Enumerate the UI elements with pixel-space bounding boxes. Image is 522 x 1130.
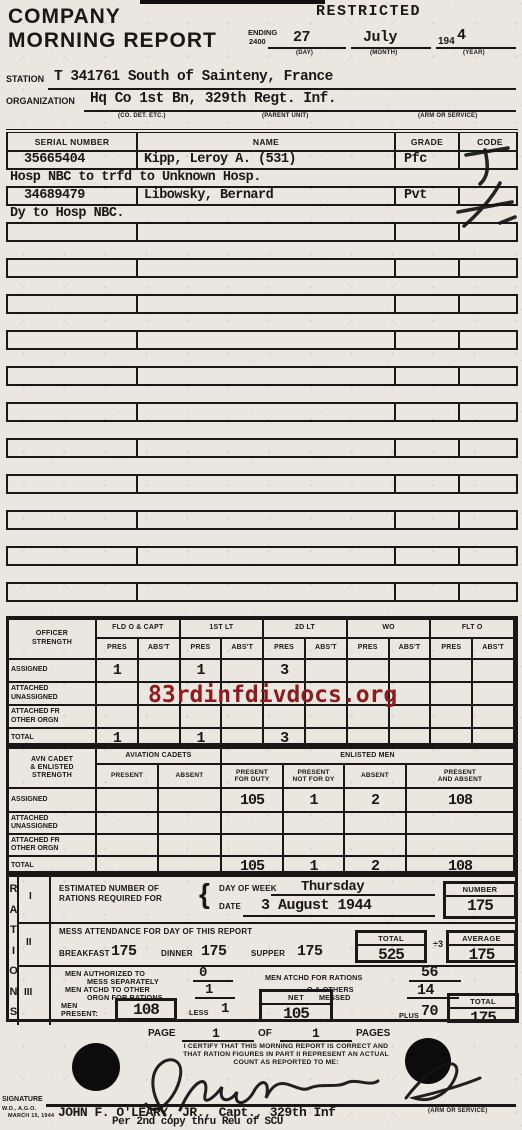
cell-code — [460, 296, 520, 312]
officer-subheader: PRES — [431, 639, 473, 660]
officer-value-cell — [431, 683, 473, 706]
officer-subheader: ABS'T — [222, 639, 264, 660]
officer-value-cell — [97, 706, 139, 729]
org-sublabel-1: (CO. DET. ETC.) — [118, 113, 166, 119]
rations-vertical-label: RATIONS — [9, 879, 18, 1023]
roster-table: SERIAL NUMBER NAME GRADE CODE 35665404Ki… — [6, 129, 518, 620]
cell-serial: 34689479 — [8, 188, 138, 204]
officer-value-cell — [139, 706, 181, 729]
station-underline — [48, 88, 516, 90]
cell-name — [138, 260, 396, 276]
officer-value-cell — [390, 706, 432, 729]
roster-remark-row — [6, 386, 518, 404]
enlisted-value-cell — [97, 789, 159, 813]
aviation-cadets-header: AVIATION CADETS — [97, 749, 222, 765]
rations-total-box: TOTAL 175 — [447, 993, 519, 1023]
cell-serial — [8, 332, 138, 348]
roster-remark-row — [6, 242, 518, 260]
enlisted-value-cell — [97, 813, 159, 835]
officer-group-header: FLD O & CAPT — [97, 619, 181, 639]
officer-subheader: PRES — [348, 639, 390, 660]
code-mark-T-stem — [480, 150, 487, 184]
cell-code — [460, 260, 520, 276]
cell-code — [460, 512, 520, 528]
officer-row-label: ATTACHED FR OTHER ORGN — [9, 706, 97, 729]
cell-name — [138, 476, 396, 492]
roster-entry-row — [6, 296, 518, 314]
cell-grade — [396, 440, 460, 456]
rations-letter: R — [9, 879, 18, 900]
enlisted-value-cell — [345, 813, 407, 835]
enlisted-row-label: ATTACHED FR OTHER ORGN — [9, 835, 97, 857]
atchd-other-value: 1 — [205, 982, 213, 998]
rations-numeral-divider — [49, 877, 51, 1025]
pages-number: 1 — [312, 1026, 319, 1041]
atchd-rations-value: 56 — [421, 964, 438, 981]
cell-grade — [396, 224, 460, 240]
roster-remark-row: Hosp NBC to trfd to Unknown Hosp. — [6, 170, 518, 188]
cell-grade — [396, 584, 460, 600]
cell-name — [138, 584, 396, 600]
page-label: PAGE — [148, 1028, 176, 1039]
cell-grade: Pvt — [396, 188, 460, 204]
roster-entry-row — [6, 512, 518, 530]
enlisted-subheader: PRESENT AND ABSENT — [407, 765, 515, 789]
rations-letter: A — [9, 900, 18, 921]
officer-value-cell: 1 — [97, 660, 139, 683]
report-year-digit: 4 — [457, 27, 466, 44]
atchd-other-underline — [195, 997, 235, 999]
breakfast-value: 175 — [111, 943, 137, 960]
average-label: AVERAGE — [449, 933, 514, 946]
cell-code — [460, 440, 520, 456]
cell-code — [460, 332, 520, 348]
cell-name — [138, 548, 396, 564]
rations-numeral-3: III — [24, 987, 32, 998]
officer-value-cell: 3 — [264, 660, 306, 683]
cell-grade — [396, 512, 460, 528]
cell-name — [138, 404, 396, 420]
rations-letter: N — [9, 982, 18, 1003]
rations-letter: I — [9, 941, 18, 962]
roster-remark-row — [6, 458, 518, 476]
cell-grade — [396, 368, 460, 384]
men-present-box: 108 — [115, 998, 177, 1021]
roster-remark-row — [6, 350, 518, 368]
day-of-week-label: DAY OF WEEK — [219, 884, 277, 893]
form-title-line1: COMPANY — [8, 5, 121, 29]
rations-section: RATIONS I II III ESTIMATED NUMBER OF RAT… — [6, 874, 518, 1022]
rations-letter: S — [9, 1002, 18, 1023]
dinner-value: 175 — [201, 943, 227, 960]
ending-label-line1: ENDING — [248, 28, 277, 37]
of-label: OF — [258, 1028, 272, 1039]
enlisted-value-cell: 108 — [407, 789, 515, 813]
enlisted-men-header: ENLISTED MEN — [222, 749, 515, 765]
form-id-line-2: MARCH 15, 1944 — [8, 1113, 54, 1119]
officer-value-cell: 1 — [181, 660, 223, 683]
page-number: 1 — [212, 1026, 219, 1041]
cell-name — [138, 440, 396, 456]
officer-value-cell — [306, 706, 348, 729]
average-value: 175 — [449, 946, 514, 964]
officer-value-cell — [222, 660, 264, 683]
form-title-line2: MORNING REPORT — [8, 29, 217, 53]
classification-stamp: RESTRICTED — [316, 3, 421, 20]
day-sublabel: (DAY) — [296, 50, 313, 56]
cell-serial — [8, 440, 138, 456]
present-label: PRESENT: — [61, 1009, 98, 1018]
roster-entry-row — [6, 368, 518, 386]
roster-entry-row — [6, 440, 518, 458]
net-box: NET 105 — [259, 989, 333, 1022]
enlisted-subheader: ABSENT — [345, 765, 407, 789]
cell-code — [460, 368, 520, 384]
cell-name: Kipp, Leroy A. (531) — [138, 152, 396, 168]
enlisted-row-label: ASSIGNED — [9, 789, 97, 813]
org-sublabel-3: (ARM OR SERVICE) — [418, 113, 477, 119]
officer-row-label: ASSIGNED — [9, 660, 97, 683]
cell-grade — [396, 548, 460, 564]
signature-label: SIGNATURE — [2, 1096, 43, 1103]
plus-label: PLUS — [399, 1011, 419, 1020]
rations-total-label: TOTAL — [450, 996, 516, 1009]
enlisted-value-cell — [97, 835, 159, 857]
rations-row-divider-1 — [17, 922, 515, 924]
roster-body: 35665404Kipp, Leroy A. (531)PfcHosp NBC … — [6, 152, 518, 620]
roster-header-serial: SERIAL NUMBER — [8, 133, 138, 150]
cell-serial — [8, 368, 138, 384]
officer-subheader: ABS'T — [473, 639, 515, 660]
officer-subheader: PRES — [97, 639, 139, 660]
roster-remark-row — [6, 422, 518, 440]
enlisted-value-cell — [284, 813, 345, 835]
officer-subheader: ABS'T — [390, 639, 432, 660]
mess-total-box: TOTAL 525 — [355, 930, 427, 963]
cell-code — [460, 548, 520, 564]
cell-serial — [8, 260, 138, 276]
arm-service-sublabel: (ARM OR SERVICE) — [428, 1108, 487, 1114]
pages-label: PAGES — [356, 1028, 390, 1039]
officer-value-cell — [222, 706, 264, 729]
number-box-label: NUMBER — [446, 884, 514, 897]
cell-code — [460, 584, 520, 600]
rations-letter: T — [9, 920, 18, 941]
cell-serial — [8, 224, 138, 240]
dinner-label: DINNER — [161, 949, 193, 958]
cell-name — [138, 332, 396, 348]
roster-entry-row — [6, 548, 518, 566]
mess-total-label: TOTAL — [358, 933, 424, 946]
officer-value-cell — [139, 660, 181, 683]
officer-group-header: WO — [348, 619, 432, 639]
rations-letter: O — [9, 961, 18, 982]
form-id-line-1: W.D., A.G.O. — [2, 1106, 36, 1112]
officer-group-header: FLT O — [431, 619, 515, 639]
scan-edge-artifact — [140, 0, 325, 4]
routing-note: Per 2nd copy thru Reu of SCU — [112, 1116, 283, 1128]
enlisted-strength-title: AVN CADET & ENLISTED STRENGTH — [9, 749, 97, 789]
station-value: T 341761 South of Sainteny, France — [54, 69, 333, 85]
roster-remark-row — [6, 278, 518, 296]
rations-numeral-1: I — [29, 891, 32, 902]
cell-name — [138, 224, 396, 240]
year-prefix: 194 — [438, 36, 455, 47]
number-box-value: 175 — [446, 897, 514, 915]
cell-serial — [8, 296, 138, 312]
officer-subheader: ABS'T — [306, 639, 348, 660]
divide-by-three-note: ÷3 — [433, 939, 443, 949]
cell-serial — [8, 404, 138, 420]
cell-grade: Pfc — [396, 152, 460, 168]
roster-entry-row — [6, 224, 518, 242]
handwritten-code-marks — [452, 143, 522, 238]
roster-header-grade: GRADE — [396, 133, 460, 150]
year-sublabel: (YEAR) — [463, 50, 485, 56]
roster-entry-row — [6, 584, 518, 602]
station-label: STATION — [6, 74, 44, 84]
enlisted-value-cell: 1 — [284, 789, 345, 813]
enlisted-subheader: PRESENT — [97, 765, 159, 789]
enlisted-value-cell — [222, 835, 284, 857]
supper-label: SUPPER — [251, 949, 285, 958]
roster-entry-row — [6, 476, 518, 494]
cell-serial: 35665404 — [8, 152, 138, 168]
officer-value-cell — [264, 706, 306, 729]
officer-value-cell — [97, 683, 139, 706]
month-sublabel: (MONTH) — [370, 50, 397, 56]
officer-value-cell — [473, 706, 515, 729]
officer-value-cell — [473, 660, 515, 683]
officer-value-cell — [431, 706, 473, 729]
officer-value-cell — [390, 660, 432, 683]
date-label: DATE — [219, 902, 241, 911]
rations-req-label-2: RATIONS REQUIRED FOR — [59, 894, 162, 903]
mess-total-value: 525 — [358, 946, 424, 964]
brace-glyph: { — [199, 878, 210, 910]
org-sublabel-2: (PARENT UNIT) — [262, 113, 308, 119]
roster-entry-row: 34689479Libowsky, BernardPvt — [6, 188, 518, 206]
enlisted-subheader: PRESENT NOT FOR DY — [284, 765, 345, 789]
morning-report-page: RESTRICTED COMPANY MORNING REPORT ENDING… — [0, 0, 522, 1130]
breakfast-label: BREAKFAST — [59, 949, 110, 958]
cell-code — [460, 404, 520, 420]
enlisted-value-cell — [407, 835, 515, 857]
officer-subheader: ABS'T — [139, 639, 181, 660]
officer-value-cell — [348, 660, 390, 683]
ending-label-line2: 2400 — [249, 37, 266, 46]
organization-value: Hq Co 1st Bn, 329th Regt. Inf. — [90, 91, 336, 107]
roster-remark-row: Dy to Hosp NBC. — [6, 206, 518, 224]
enlisted-value-cell — [345, 835, 407, 857]
report-month: July — [363, 29, 397, 46]
enlisted-row-label: ATTACHED UNASSIGNED — [9, 813, 97, 835]
cell-name: Libowsky, Bernard — [138, 188, 396, 204]
number-box: NUMBER 175 — [443, 881, 517, 919]
officer-strength-table: OFFICER STRENGTHFLD O & CAPT1ST LT2D LTW… — [6, 616, 518, 746]
roster-entry-row: 35665404Kipp, Leroy A. (531)Pfc — [6, 152, 518, 170]
year-underline — [436, 47, 516, 49]
cell-grade — [396, 296, 460, 312]
officer-row-label: ATTACHED UNASSIGNED — [9, 683, 97, 706]
rations-row-divider-2 — [17, 965, 515, 967]
net-label: NET — [262, 992, 330, 1005]
date-underline — [243, 915, 435, 917]
cell-grade — [396, 260, 460, 276]
roster-entry-row — [6, 260, 518, 278]
cell-grade — [396, 332, 460, 348]
enlisted-value-cell — [407, 813, 515, 835]
enlisted-value-cell: 105 — [222, 789, 284, 813]
officer-subheader: PRES — [181, 639, 223, 660]
average-box: AVERAGE 175 — [446, 930, 517, 963]
rations-req-label-1: ESTIMATED NUMBER OF — [59, 884, 159, 893]
month-underline — [351, 47, 431, 49]
day-of-week-value: Thursday — [301, 879, 364, 895]
roster-entry-row — [6, 404, 518, 422]
roster-remark-row — [6, 566, 518, 584]
mess-attendance-label: MESS ATTENDANCE FOR DAY OF THIS REPORT — [59, 927, 252, 936]
cell-serial — [8, 584, 138, 600]
net-value: 105 — [262, 1005, 330, 1023]
officer-value-cell — [431, 660, 473, 683]
officer-value-cell — [348, 706, 390, 729]
code-mark-tick — [500, 217, 515, 223]
mess-sep-underline — [193, 980, 233, 982]
atchd-rations-label: MEN ATCHD FOR RATIONS — [265, 973, 363, 982]
enlisted-value-cell — [284, 835, 345, 857]
report-day: 27 — [293, 29, 310, 46]
officer-value-cell — [306, 660, 348, 683]
enlisted-value-cell — [222, 813, 284, 835]
officer-value-cell — [181, 706, 223, 729]
cell-code — [460, 476, 520, 492]
cell-grade — [396, 476, 460, 492]
enlisted-strength-table: AVN CADET & ENLISTED STRENGTHAVIATION CA… — [6, 746, 518, 874]
roster-header-row: SERIAL NUMBER NAME GRADE CODE — [6, 133, 518, 152]
day-underline — [268, 47, 346, 49]
date-value: 3 August 1944 — [261, 897, 372, 914]
less-label: LESS — [189, 1008, 209, 1017]
cell-serial — [8, 548, 138, 564]
enlisted-subheader: ABSENT — [159, 765, 222, 789]
enlisted-subheader: PRESENT FOR DUTY — [222, 765, 284, 789]
rations-total-value: 175 — [450, 1009, 516, 1027]
roster-remark-row — [6, 530, 518, 548]
roster-remark-row — [6, 494, 518, 512]
organization-underline — [84, 110, 516, 112]
roster-header-name: NAME — [138, 133, 396, 150]
mess-sep-value: 0 — [199, 965, 207, 981]
enlisted-value-cell: 2 — [345, 789, 407, 813]
day-of-week-underline — [271, 894, 435, 896]
officer-group-header: 1ST LT — [181, 619, 265, 639]
cell-name — [138, 512, 396, 528]
cell-name — [138, 296, 396, 312]
officer-subheader: PRES — [264, 639, 306, 660]
enlisted-value-cell — [159, 835, 222, 857]
men-present-value: 108 — [133, 1001, 159, 1019]
enlisted-value-cell — [159, 813, 222, 835]
officer-value-cell — [473, 683, 515, 706]
cell-grade — [396, 404, 460, 420]
cell-name — [138, 368, 396, 384]
less-value: 1 — [221, 1001, 229, 1017]
roster-entry-row — [6, 332, 518, 350]
officer-group-header: 2D LT — [264, 619, 348, 639]
plus-value: 70 — [421, 1003, 438, 1020]
enlisted-value-cell — [159, 789, 222, 813]
roster-remark-row — [6, 314, 518, 332]
cell-serial — [8, 476, 138, 492]
organization-label: ORGANIZATION — [6, 96, 75, 106]
rations-numeral-2: II — [26, 937, 32, 948]
cell-serial — [8, 512, 138, 528]
officer-strength-title: OFFICER STRENGTH — [9, 619, 97, 660]
watermark-text: 83rdinfdivdocs.org — [148, 682, 397, 708]
supper-value: 175 — [297, 943, 323, 960]
